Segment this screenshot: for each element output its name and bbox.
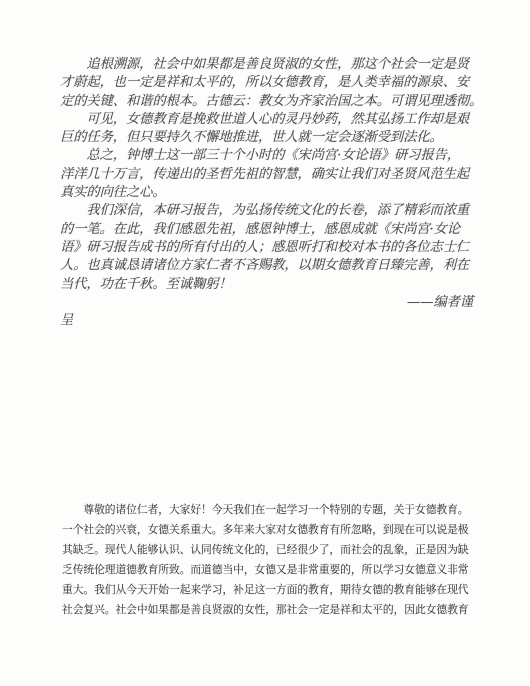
lecture-line: 尊敬的诸位仁者，大家好！今天我们在一起学习一个特别的专题，关于女德教育。 [62,500,470,520]
editor-signature: ——编者谨 [60,294,473,312]
editor-note-line: 人。也真诚恳请诸位方家仁者不吝赐教，以期女德教育日臻完善，利在 [60,257,473,275]
editor-note-line: 当代，功在千秋。至诚鞠躬！ [60,276,473,294]
lecture-line: 社会复兴。社会中如果都是善良贤淑的女性，那社会一定是祥和太平的，因此女德教育 [62,600,470,620]
lecture-line: 其缺乏。现代人能够认识、认同传统文化的，已经很少了，而社会的乱象，正是因为缺 [62,540,470,560]
editor-note-line: 总之，钟博士这一部三十个小时的《宋尚宫·女论语》研习报告， [60,147,473,165]
editor-note-line: 的一笔。在此，我们感恩先祖，感恩钟博士，感恩成就《宋尚宫·女论 [60,221,473,239]
editor-note-line: 可见，女德教育是挽救世道人心的灵丹妙药，然其弘扬工作却是艰 [60,111,473,129]
lecture-lines: 尊敬的诸位仁者，大家好！今天我们在一起学习一个特别的专题，关于女德教育。一个社会… [62,500,470,620]
editor-note-line: 真实的向往之心。 [60,184,473,202]
editor-note-line: 定的关键、和谐的根本。古德云：教女为齐家治国之本。可谓见理透彻。 [60,93,473,111]
document-page: 追根溯源，社会中如果都是善良贤淑的女性，那这个社会一定是贤才蔚起，也一定是祥和太… [0,0,530,686]
editor-note-block: 追根溯源，社会中如果都是善良贤淑的女性，那这个社会一定是贤才蔚起，也一定是祥和太… [60,56,473,330]
editor-note-line: 语》研习报告成书的所有付出的人；感恩听打和校对本书的各位志士仁 [60,239,473,257]
lecture-line: 重大。我们从今天开始一起来学习，补足这一方面的教育，期待女德的教育能够在现代 [62,580,470,600]
lecture-line: 乏传统伦理道德教育所致。而道德当中，女德又是非常重要的，所以学习女德意义非常 [62,560,470,580]
editor-note-line: 我们深信，本研习报告，为弘扬传统文化的长卷，添了精彩而浓重 [60,202,473,220]
editor-note-line: 追根溯源，社会中如果都是善良贤淑的女性，那这个社会一定是贤 [60,56,473,74]
editor-note-line: 洋洋几十万言，传递出的圣哲先祖的智慧，确实让我们对圣贤风范生起 [60,166,473,184]
lecture-transcript-block: 尊敬的诸位仁者，大家好！今天我们在一起学习一个特别的专题，关于女德教育。一个社会… [62,500,470,620]
editor-note-lines: 追根溯源，社会中如果都是善良贤淑的女性，那这个社会一定是贤才蔚起，也一定是祥和太… [60,56,473,294]
lecture-line: 一个社会的兴衰，女德关系重大。多年来大家对女德教育有所忽略，到现在可以说是极 [62,520,470,540]
editor-signature-wrap: 呈 [60,312,473,330]
editor-note-line: 才蔚起，也一定是祥和太平的，所以女德教育，是人类幸福的源泉、安 [60,74,473,92]
editor-note-line: 巨的任务，但只要持久不懈地推进，世人就一定会逐渐受到法化。 [60,129,473,147]
